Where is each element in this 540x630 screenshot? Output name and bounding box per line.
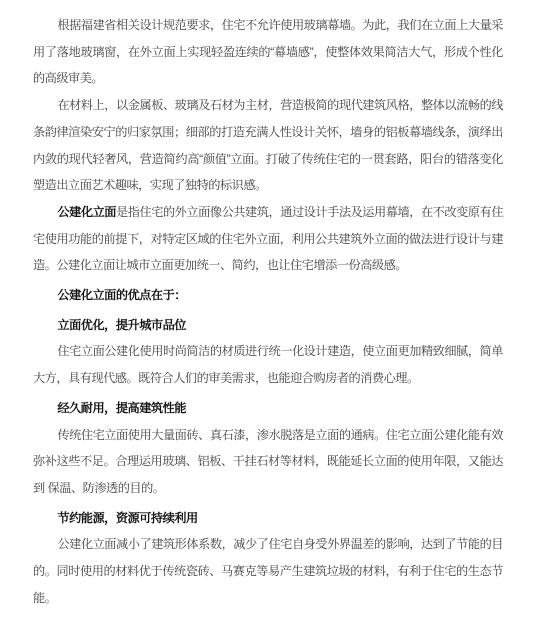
section-heading: 经久耐用，提高建筑性能 xyxy=(33,395,503,422)
section-heading: 立面优化，提升城市品位 xyxy=(33,312,503,339)
bold-lead-term: 公建化立面 xyxy=(57,205,116,219)
document-body: 根据福建省相关设计规范要求，住宅不允许使用玻璃幕墙。为此，我们在立面上大量采用了… xyxy=(33,12,503,611)
body-paragraph: 传统住宅立面使用大量面砖、真石漆，渗水脱落是立面的通病。住宅立面公建化能有效弥补… xyxy=(33,422,503,502)
section-heading: 公建化立面的优点在于： xyxy=(33,282,503,309)
section-heading: 节约能源，资源可持续利用 xyxy=(33,505,503,532)
body-paragraph: 根据福建省相关设计规范要求，住宅不允许使用玻璃幕墙。为此，我们在立面上大量采用了… xyxy=(33,12,503,92)
body-paragraph: 公建化立面是指住宅的外立面像公共建筑，通过设计手法及运用幕墙，在不改变原有住宅使… xyxy=(33,199,503,279)
body-paragraph: 住宅立面公建化使用时尚简洁的材质进行统一化设计建造，使立面更加精致细腻，简单大方… xyxy=(33,338,503,391)
body-paragraph: 公建化立面减小了建筑形体系数，减少了住宅自身受外界温差的影响，达到了节能的目的。… xyxy=(33,531,503,611)
body-paragraph: 在材料上，以金属板、玻璃及石材为主材，营造极简的现代建筑风格，整体以流畅的线条韵… xyxy=(33,92,503,199)
document-page: 根据福建省相关设计规范要求，住宅不允许使用玻璃幕墙。为此，我们在立面上大量采用了… xyxy=(0,0,540,630)
